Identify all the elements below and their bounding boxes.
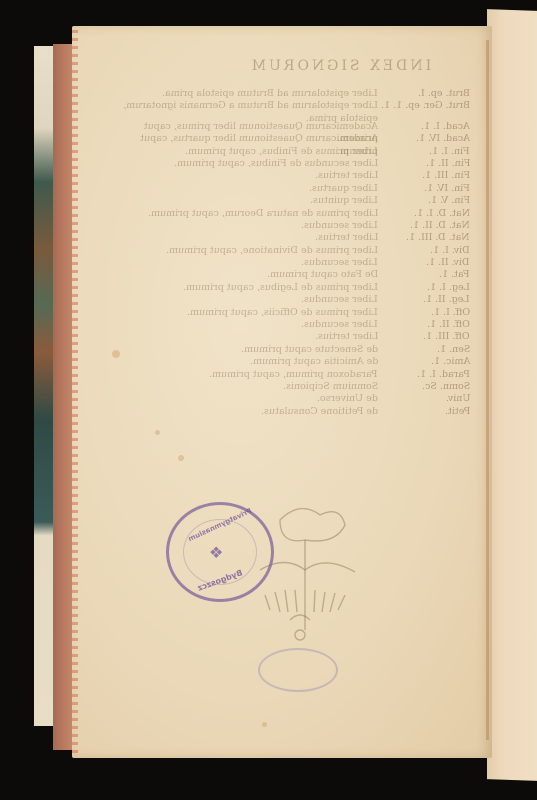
- index-entry: Fat. 1.De Fato caput primum.: [110, 269, 470, 281]
- entry-abbreviation: Somn. Sc.: [422, 381, 470, 393]
- index-entry: Off. III. 1.Liber tertius.: [110, 331, 470, 343]
- stamp-emblem-icon: ❖: [209, 543, 223, 562]
- entry-abbreviation: Acad. I. 1.: [421, 121, 470, 133]
- ghost-index-list: Brut. ep. I.Liber epistolarum ad Brutum …: [110, 88, 470, 418]
- index-entry: Parad. I. 1.Paradoxon primum, caput prim…: [110, 369, 470, 381]
- foxing-spot: [155, 430, 160, 435]
- index-entry: Acad. I. 1.Academicarum Quaestionum libe…: [110, 121, 470, 133]
- entry-description: Somnium Scipionis.: [283, 381, 378, 393]
- entry-description: Liber primus de Divinatione, caput primu…: [166, 245, 378, 257]
- index-entry: Fin. IV. 1.Liber quartus.: [110, 183, 470, 195]
- entry-description: Liber quintus.: [310, 195, 378, 207]
- index-entry: Petit.de Petitione Consulatus.: [110, 406, 470, 418]
- entry-abbreviation: Off. II. 1.: [427, 319, 470, 331]
- entry-abbreviation: Petit.: [445, 406, 470, 418]
- entry-description: Liber primus de Officiis, caput primum.: [187, 307, 378, 319]
- entry-description: de Universo.: [317, 393, 378, 405]
- entry-abbreviation: Univ.: [446, 393, 470, 405]
- index-entry: Nat. D. I. 1.Liber primus de natura Deor…: [110, 208, 470, 220]
- index-entry: Amic. 1.de Amicitia caput primum.: [110, 356, 470, 368]
- entry-abbreviation: Fin. I. 1.: [429, 146, 470, 158]
- foxing-spot: [262, 722, 267, 727]
- entry-abbreviation: Leg. II. 1.: [423, 294, 470, 306]
- entry-description: Liber quartus.: [309, 183, 378, 195]
- index-entry: Fin. II. 1.Liber secundus de Finibus, ca…: [110, 158, 470, 170]
- foxing-spot: [112, 350, 120, 358]
- entry-abbreviation: Div. I. 1.: [430, 245, 470, 257]
- index-entry: Fin. III. 1.Liber tertius.: [110, 170, 470, 182]
- sprinkled-edge: [72, 30, 78, 754]
- entry-description: Liber primus de Legibus, caput primum.: [183, 282, 378, 294]
- entry-abbreviation: Off. III. 1.: [423, 331, 470, 343]
- gutter-shadow: [486, 40, 489, 740]
- index-entry: Leg. II. 1.Liber secundus.: [110, 294, 470, 306]
- entry-description: Paradoxon primum, caput primum.: [209, 369, 378, 381]
- entry-description: de Senectute caput primum.: [241, 344, 378, 356]
- entry-abbreviation: Parad. I. 1.: [417, 369, 470, 381]
- entry-description: Liber secundus.: [301, 220, 378, 232]
- entry-description: De Fato caput primum.: [267, 269, 378, 281]
- right-leaf: [487, 9, 537, 781]
- index-entry: Sen. 1.de Senectute caput primum.: [110, 344, 470, 356]
- entry-abbreviation: Leg. I. 1.: [427, 282, 470, 294]
- entry-abbreviation: Acad. IV. 1.: [416, 133, 470, 145]
- index-entry: Off. I. 1.Liber primus de Officiis, capu…: [110, 307, 470, 319]
- index-entry: Div. II. 1.Liber secundus.: [110, 257, 470, 269]
- entry-description: Liber tertius.: [315, 331, 378, 343]
- entry-description: Liber tertius.: [315, 232, 378, 244]
- entry-abbreviation: Off. I. 1.: [431, 307, 470, 319]
- index-entry: Brut. Ger. ep. 1. 1.Liber epistolarum ad…: [110, 100, 470, 112]
- entry-description: Liber secundus.: [301, 319, 378, 331]
- entry-description: de Petitione Consulatus.: [261, 406, 378, 418]
- index-entry: Fin. V. 1.Liber quintus.: [110, 195, 470, 207]
- entry-abbreviation: Div. II. 1.: [426, 257, 470, 269]
- index-entry: Off. II. 1.Liber secundus.: [110, 319, 470, 331]
- index-entry: Leg. I. 1.Liber primus de Legibus, caput…: [110, 282, 470, 294]
- entry-description: de Amicitia caput primum.: [250, 356, 378, 368]
- entry-abbreviation: Fin. III. 1.: [422, 170, 470, 182]
- entry-description: Liber epistolarum ad Brutum epistola pri…: [162, 88, 378, 100]
- foxing-spot: [178, 455, 184, 461]
- entry-description: Liber primus de Finibus, caput primum.: [185, 146, 378, 158]
- entry-abbreviation: Brut. ep. I.: [418, 88, 470, 100]
- index-entry: Somn. Sc.Somnium Scipionis.: [110, 381, 470, 393]
- entry-abbreviation: Fin. IV. 1.: [424, 183, 470, 195]
- entry-abbreviation: Nat. D. I. 1.: [414, 208, 470, 220]
- entry-abbreviation: Nat. D. II. 1.: [410, 220, 470, 232]
- index-entry: Fin. I. 1.Liber primus de Finibus, caput…: [110, 146, 470, 158]
- index-entry: Nat. D. III. 1.Liber tertius.: [110, 232, 470, 244]
- index-entry: Div. I. 1.Liber primus de Divinatione, c…: [110, 245, 470, 257]
- entry-abbreviation: Fin. II. 1.: [426, 158, 470, 170]
- entry-abbreviation: Fat. 1.: [439, 269, 470, 281]
- ghost-title: INDEX SIGNORUM: [210, 58, 470, 74]
- entry-abbreviation: Brut. Ger. ep. 1. 1.: [381, 100, 470, 112]
- floral-vignette-icon: [240, 500, 370, 650]
- entry-description: Liber secundus.: [301, 294, 378, 306]
- entry-abbreviation: Fin. V. 1.: [428, 195, 470, 207]
- entry-description: Liber primus de natura Deorum, caput pri…: [148, 208, 378, 220]
- entry-description: Liber secundus de Finibus, caput primum.: [174, 158, 378, 170]
- index-entry: Acad. IV. 1.Academicarum Quaestionum lib…: [110, 133, 470, 145]
- entry-abbreviation: Sen. 1.: [437, 344, 470, 356]
- entry-description: Liber tertius.: [315, 170, 378, 182]
- index-entry: Univ.de Universo.: [110, 393, 470, 405]
- entry-description: Liber secundus.: [301, 257, 378, 269]
- index-entry: Nat. D. II. 1.Liber secundus.: [110, 220, 470, 232]
- index-entry: Brut. ep. I.Liber epistolarum ad Brutum …: [110, 88, 470, 100]
- entry-abbreviation: Nat. D. III. 1.: [406, 232, 470, 244]
- faint-oval-stamp: [258, 648, 338, 692]
- entry-abbreviation: Amic. 1.: [431, 356, 470, 368]
